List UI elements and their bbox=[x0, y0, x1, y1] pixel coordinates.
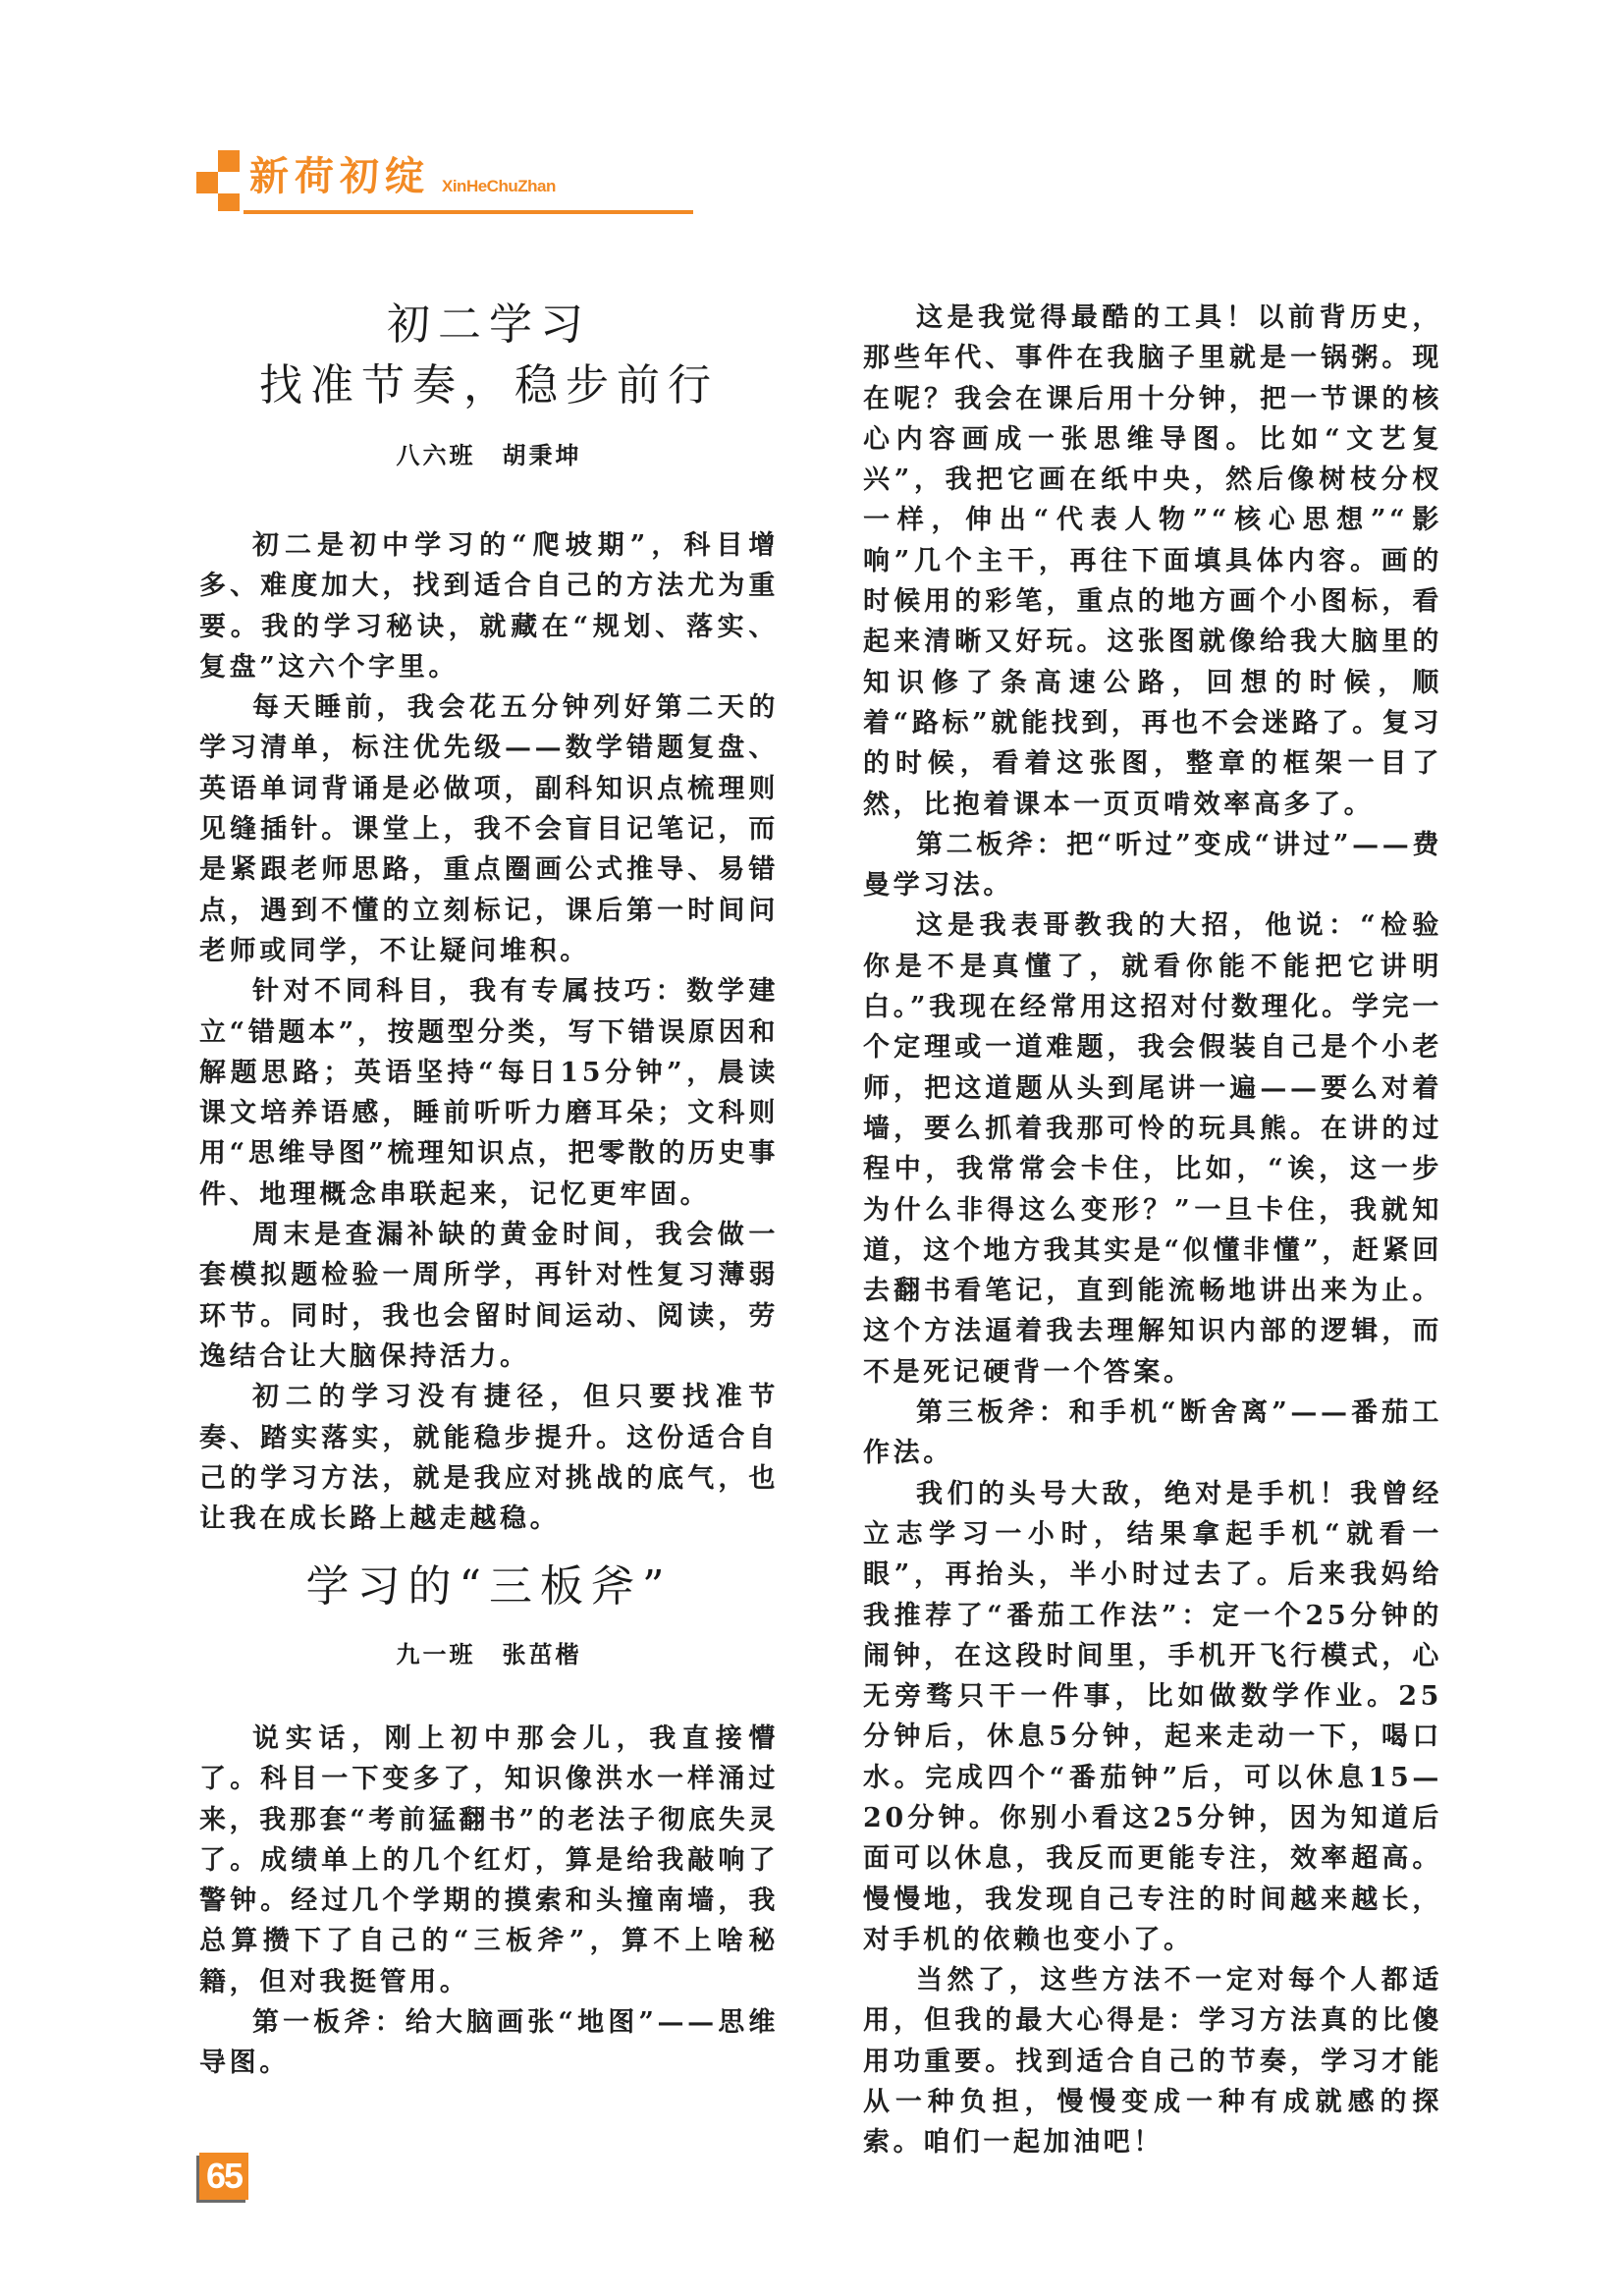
article2-paragraph: 当然了，这些方法不一定对每个人都适用，但我的最大心得是：学习方法真的比傻用功重要… bbox=[863, 1960, 1442, 2162]
article2-paragraph: 这是我觉得最酷的工具！以前背历史，那些年代、事件在我脑子里就是一锅粥。现在呢？我… bbox=[863, 298, 1442, 825]
article2-subheading: 第三板斧：和手机“断舍离”——番茄工作法。 bbox=[863, 1393, 1442, 1474]
article2-paragraph: 我们的头号大敌，绝对是手机！我曾经立志学习一小时，结果拿起手机“就看一眼”，再抬… bbox=[863, 1474, 1442, 1961]
article2: 学习的“三板斧” 九一班 张茁楷 说实话，刚上初中那会儿，我直接懵了。科目一下变… bbox=[199, 1557, 779, 2084]
section-subtitle: XinHeChuZhan bbox=[442, 177, 556, 196]
article2-subheading: 第二板斧：把“听过”变成“讲过”——费曼学习法。 bbox=[863, 825, 1442, 906]
article1-paragraph: 每天睡前，我会花五分钟列好第二天的学习清单，标注优先级——数学错题复盘、英语单词… bbox=[199, 687, 779, 971]
header-divider bbox=[244, 210, 693, 214]
section-title: 新荷初绽 bbox=[249, 153, 430, 200]
article1-paragraph: 初二的学习没有捷径，但只要找准节奏、踏实落实，就能稳步提升。这份适合自己的学习方… bbox=[199, 1377, 779, 1539]
article1-title-line2: 找准节奏，稳步前行 bbox=[199, 355, 779, 416]
article2-title: 学习的“三板斧” bbox=[199, 1557, 779, 1617]
right-column: 这是我觉得最酷的工具！以前背历史，那些年代、事件在我脑子里就是一锅粥。现在呢？我… bbox=[863, 298, 1442, 2163]
article1-author: 八六班 胡秉坤 bbox=[199, 436, 779, 470]
article1-paragraph: 初二是初中学习的“爬坡期”，科目增多、难度加大，找到适合自己的方法尤为重要。我的… bbox=[199, 525, 779, 687]
article2-subheading: 第一板斧：给大脑画张“地图”——思维导图。 bbox=[199, 2002, 779, 2084]
header-square-icon bbox=[218, 193, 240, 211]
article1-paragraph: 周末是查漏补缺的黄金时间，我会做一套模拟题检验一周所学，再针对性复习薄弱环节。同… bbox=[199, 1215, 779, 1377]
section-header: 新荷初绽 XinHeChuZhan bbox=[196, 147, 795, 216]
header-square-icon bbox=[196, 172, 218, 193]
article2-paragraph: 这是我表哥教我的大招，他说：“检验你是不是真懂了，就看你能不能把它讲明白。”我现… bbox=[863, 905, 1442, 1393]
page-number: 65 bbox=[199, 2153, 248, 2200]
header-square-icon bbox=[218, 150, 240, 172]
left-column-article2: 学习的“三板斧” 九一班 张茁楷 说实话，刚上初中那会儿，我直接懵了。科目一下变… bbox=[199, 1557, 779, 2084]
article2-author: 九一班 张茁楷 bbox=[199, 1635, 779, 1669]
article1-paragraph: 针对不同科目，我有专属技巧：数学建立“错题本”，按题型分类，写下错误原因和解题思… bbox=[199, 971, 779, 1215]
article1-title-line1: 初二学习 bbox=[199, 295, 779, 355]
article1: 初二学习 找准节奏，稳步前行 八六班 胡秉坤 初二是初中学习的“爬坡期”，科目增… bbox=[199, 295, 779, 1539]
left-column: 初二学习 找准节奏，稳步前行 八六班 胡秉坤 初二是初中学习的“爬坡期”，科目增… bbox=[199, 295, 779, 1539]
article2-paragraph: 说实话，刚上初中那会儿，我直接懵了。科目一下变多了，知识像洪水一样涌过来，我那套… bbox=[199, 1719, 779, 2002]
